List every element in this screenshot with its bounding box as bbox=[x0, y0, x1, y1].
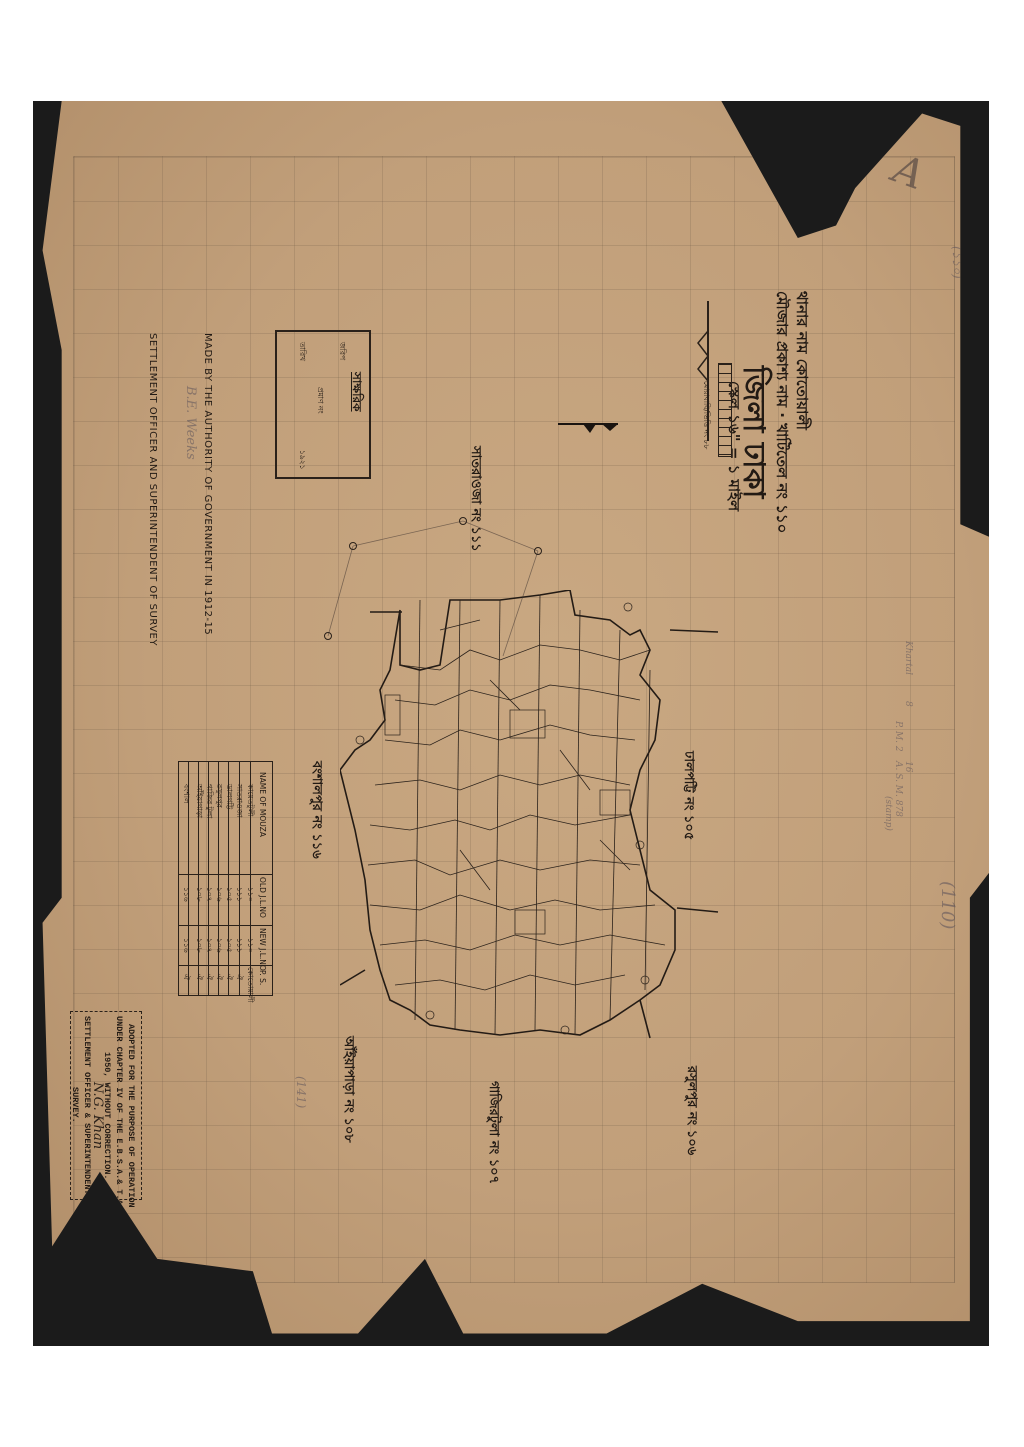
table-header-name: NAME OF MOUZA bbox=[258, 772, 267, 837]
mouza-table: NAME OF MOUZA OLD J.L.NO NEW J.L.NO P. S… bbox=[178, 761, 273, 996]
bench-mark-icon bbox=[558, 421, 618, 437]
margin-note-0: Khartal bbox=[903, 641, 913, 675]
adjacent-mouza-south: গাজিরটুলা নং ১০৭ bbox=[482, 1081, 503, 1184]
table-row-6-old: ১১৬ bbox=[179, 887, 191, 902]
table-row-5-old: ১০৮ bbox=[192, 887, 204, 902]
stamp-line-4: SETTLEMENT OFFICER & SUPERINTENDENT OF bbox=[81, 1016, 93, 1210]
adjacent-mouza-south-east: রসুলপুর নং ১০৬ bbox=[680, 1066, 701, 1155]
table-row-0-old: ১১০ bbox=[243, 887, 255, 902]
table-row-5-new: ১০৮ bbox=[192, 938, 204, 953]
made-by-authority: MADE BY THE AUTHORITY OF GOVERNMENT IN 1… bbox=[202, 333, 213, 635]
signature-box-title: সাক্ষরিক bbox=[345, 372, 365, 412]
date-label: তারিখ bbox=[295, 342, 307, 361]
adjacent-mouza-south-west: আঁইয়াপাড়া নং ১০৮ bbox=[337, 1036, 358, 1143]
survey-line-label: জরিপ bbox=[335, 342, 347, 360]
settlement-officer: SETTLEMENT OFFICER AND SUPERINTENDENT OF… bbox=[147, 333, 158, 646]
table-row-0-new: ১১০ bbox=[243, 938, 255, 953]
table-row-5-name: আঁইয়াপাড়া bbox=[192, 784, 204, 818]
proof-number-label: প্রমাণ নং bbox=[313, 387, 325, 414]
scanned-map-sheet: থানার নাম কোতোয়ালী মৌজার প্রকাশ্য নাম ·… bbox=[33, 101, 989, 1346]
margin-note-4: A. S. M. 878 bbox=[893, 761, 903, 817]
adjacent-mouza-west: বংশালপুর নং ১১৬ bbox=[305, 761, 326, 859]
paper-sheet: থানার নাম কোতোয়ালী মৌজার প্রকাশ্য নাম ·… bbox=[33, 101, 989, 1346]
adoption-stamp: ADOPTED FOR THE PURPOSE OF OPERATION UND… bbox=[70, 1011, 142, 1200]
table-row-6-name: বংশাল bbox=[179, 784, 191, 804]
margin-note-3: 16 bbox=[903, 761, 913, 772]
table-row-6-new: ১১৬ bbox=[179, 938, 191, 953]
signature-year: ১৯২১ bbox=[295, 450, 307, 469]
margin-note-2: P. M. 2 bbox=[893, 721, 903, 752]
signature-box: সাক্ষরিক জরিপ প্রমাণ নং তারিখ ১৯২১ bbox=[275, 330, 371, 479]
stamp-line-1: ADOPTED FOR THE PURPOSE OF OPERATION bbox=[125, 1024, 137, 1208]
table-row-6-ps: ঐ bbox=[179, 974, 191, 980]
margin-note-5: (stamp) bbox=[883, 796, 893, 831]
table-header-new: NEW J.L.NO bbox=[258, 928, 267, 971]
traverse-lines bbox=[323, 511, 553, 661]
table-row-0-name: কায়েতটুলী bbox=[243, 784, 255, 816]
table-row-0-ps: কোতোয়ালী bbox=[243, 967, 255, 1003]
table-row-5-ps: ঐ bbox=[192, 974, 204, 980]
table-header-old: OLD J.L.NO bbox=[258, 877, 267, 918]
margin-note-1: 8 bbox=[903, 701, 913, 707]
table-header-ps: P. S. bbox=[258, 970, 267, 985]
stamp-line-2: UNDER CHAPTER IV OF THE E.B.S.A.& T.ACT, bbox=[113, 1016, 125, 1220]
stamp-line-5: SURVEY. bbox=[69, 1087, 81, 1123]
left-pencil-note: (141) bbox=[294, 1076, 308, 1108]
authority-signature: B.E. Weeks bbox=[183, 386, 198, 460]
sheet-reference: (১১০) bbox=[945, 246, 965, 279]
north-arrow-icon bbox=[693, 301, 723, 441]
circled-number: (110) bbox=[937, 881, 958, 929]
